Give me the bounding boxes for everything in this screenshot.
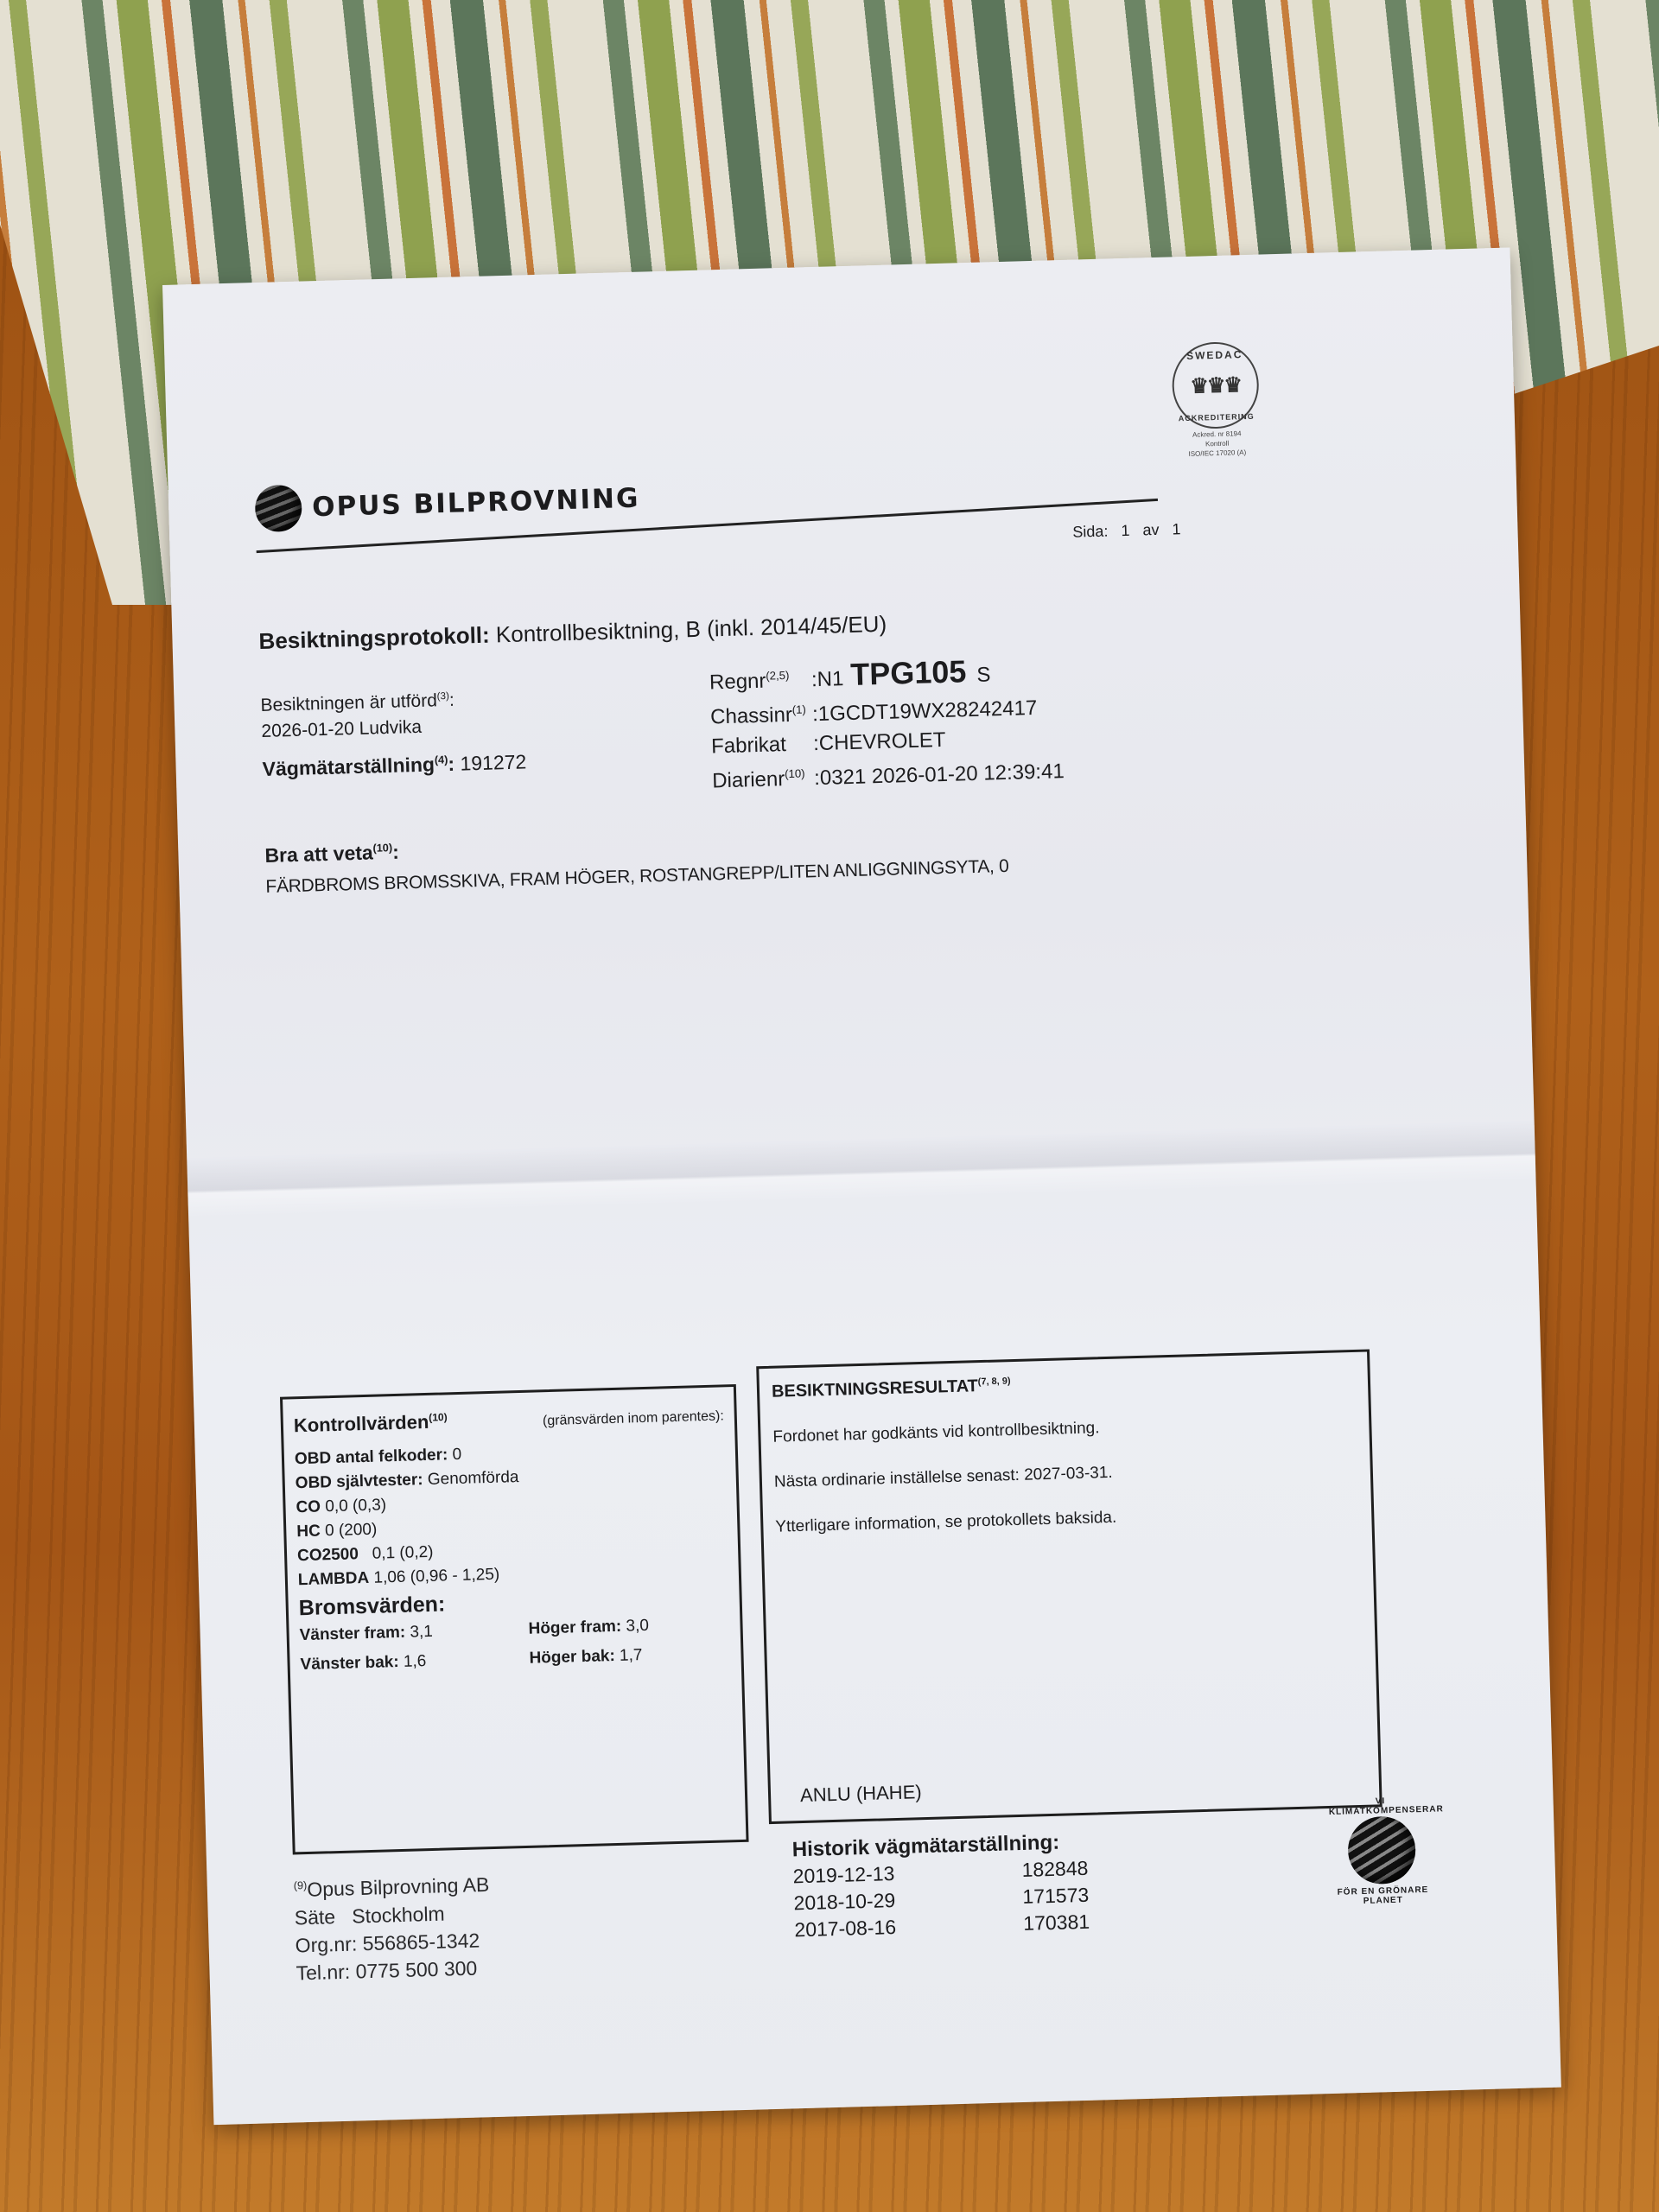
diary-number: 0321 2026-01-20 12:39:41 <box>819 757 1065 793</box>
control-values-title: Kontrollvärden(10) <box>294 1410 448 1437</box>
globe-icon <box>1347 1815 1416 1885</box>
registration-number: TPG105 <box>850 657 967 690</box>
result-approved: Fordonet har godkänts vid kontrollbesikt… <box>772 1412 1357 1447</box>
company-name: Opus Bilprovning AB <box>307 1873 490 1901</box>
page-number: Sida: 1 av 1 <box>1072 520 1181 541</box>
inspection-result-box: BESIKTNINGSRESULTAT(7, 8, 9) Fordonet ha… <box>756 1349 1382 1824</box>
good-to-know-heading: Bra att veta(10): <box>264 841 399 868</box>
three-crowns-icon: ♛♛♛ <box>1190 372 1241 399</box>
inspection-date-place: 2026-01-20 Ludvika <box>261 714 455 745</box>
odometer-reading: Vägmätarställning(4): 191272 <box>262 750 526 781</box>
opus-logo: OPUS BILPROVNING <box>255 475 641 532</box>
protocol-title: Besiktningsprotokoll: Kontrollbesiktning… <box>258 611 887 655</box>
inspection-performed: Besiktningen är utförd(3): 2026-01-20 Lu… <box>260 683 455 745</box>
paper-fold <box>187 1120 1535 1218</box>
company-phone: Tel.nr: 0775 500 300 <box>296 1954 492 1986</box>
brake-right-rear: Höger bak: 1,7 <box>529 1638 731 1673</box>
control-values-box: Kontrollvärden(10) (gränsvärden inom par… <box>280 1384 749 1855</box>
inspector-signature: ANLU (HAHE) <box>800 1781 922 1807</box>
result-next-inspection: Nästa ordinarie inställelse senast: 2027… <box>774 1457 1358 1492</box>
inspection-protocol-sheet: OPUS BILPROVNING SWEDAC ♛♛♛ ACKREDITERIN… <box>162 247 1561 2125</box>
brake-values: Vänster fram: 3,1 Höger fram: 3,0 Vänste… <box>299 1609 731 1680</box>
chassis-number: 1GCDT19WX28242417 <box>817 694 1037 729</box>
make: CHEVROLET <box>818 726 946 759</box>
swedac-subtitle: ACKREDITERING <box>1175 412 1258 423</box>
swedac-seal: SWEDAC ♛♛♛ ACKREDITERING Ackred. nr 8194… <box>1158 340 1274 459</box>
climate-compensation-badge: VI KLIMATKOMPENSERAR FÖR EN GRÖNARE PLAN… <box>1328 1797 1434 1904</box>
odometer-value: 191272 <box>460 750 526 774</box>
brake-left-rear: Vänster bak: 1,6 <box>300 1644 530 1680</box>
brand-name: OPUS BILPROVNING <box>312 483 640 524</box>
result-more-info: Ytterligare information, se protokollets… <box>775 1502 1359 1537</box>
result-title: BESIKTNINGSRESULTAT(7, 8, 9) <box>772 1366 1356 1402</box>
vehicle-details: Regnr(2,5):N1 TPG105 S Chassinr(1):1GCDT… <box>709 653 1065 796</box>
company-info: (9)Opus Bilprovning AB Säte Stockholm Or… <box>293 1866 492 1986</box>
accreditation-standard: ISO/IEC 17020 (A) <box>1161 448 1274 459</box>
limits-note: (gränsvärden inom parentes): <box>543 1408 724 1429</box>
globe-icon <box>255 485 302 532</box>
odometer-history: Historik vägmätarställning: 2019-12-1318… <box>791 1828 1090 1943</box>
swedac-title: SWEDAC <box>1173 348 1256 363</box>
